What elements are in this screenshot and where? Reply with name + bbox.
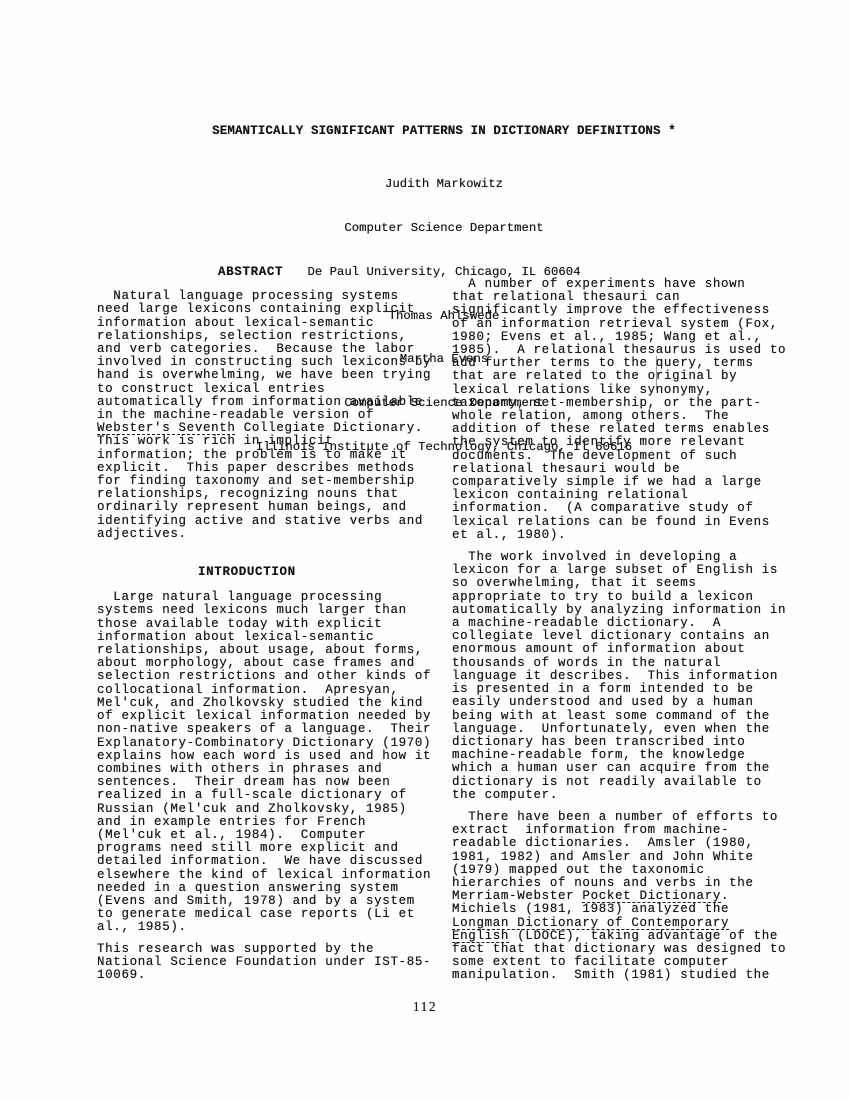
left-column: ABSTRACT Natural language processing sys… [97,266,443,982]
paper-title: SEMANTICALLY SIGNIFICANT PATTERNS IN DIC… [97,124,791,138]
right-column: A number of experiments have shown that … [452,278,798,983]
body-paragraph: There have been a number of efforts to e… [452,811,798,983]
introduction-text: Large natural language processing system… [97,591,443,934]
introduction-heading: INTRODUCTION [97,566,443,579]
funding-footnote: This research was supported by the Natio… [97,943,443,983]
paper-page: SEMANTICALLY SIGNIFICANT PATTERNS IN DIC… [0,0,850,1100]
body-paragraph: The work involved in developing a lexico… [452,551,798,802]
scan-artifact-line [656,356,657,390]
body-paragraph: A number of experiments have shown that … [452,278,798,542]
page-number: 112 [0,999,850,1015]
abstract-heading: ABSTRACT [97,266,443,279]
author-name: Judith Markowitz [97,177,791,192]
author-affiliation-dept: Computer Science Department [97,221,791,236]
abstract-text: Natural language processing systems need… [97,290,443,541]
